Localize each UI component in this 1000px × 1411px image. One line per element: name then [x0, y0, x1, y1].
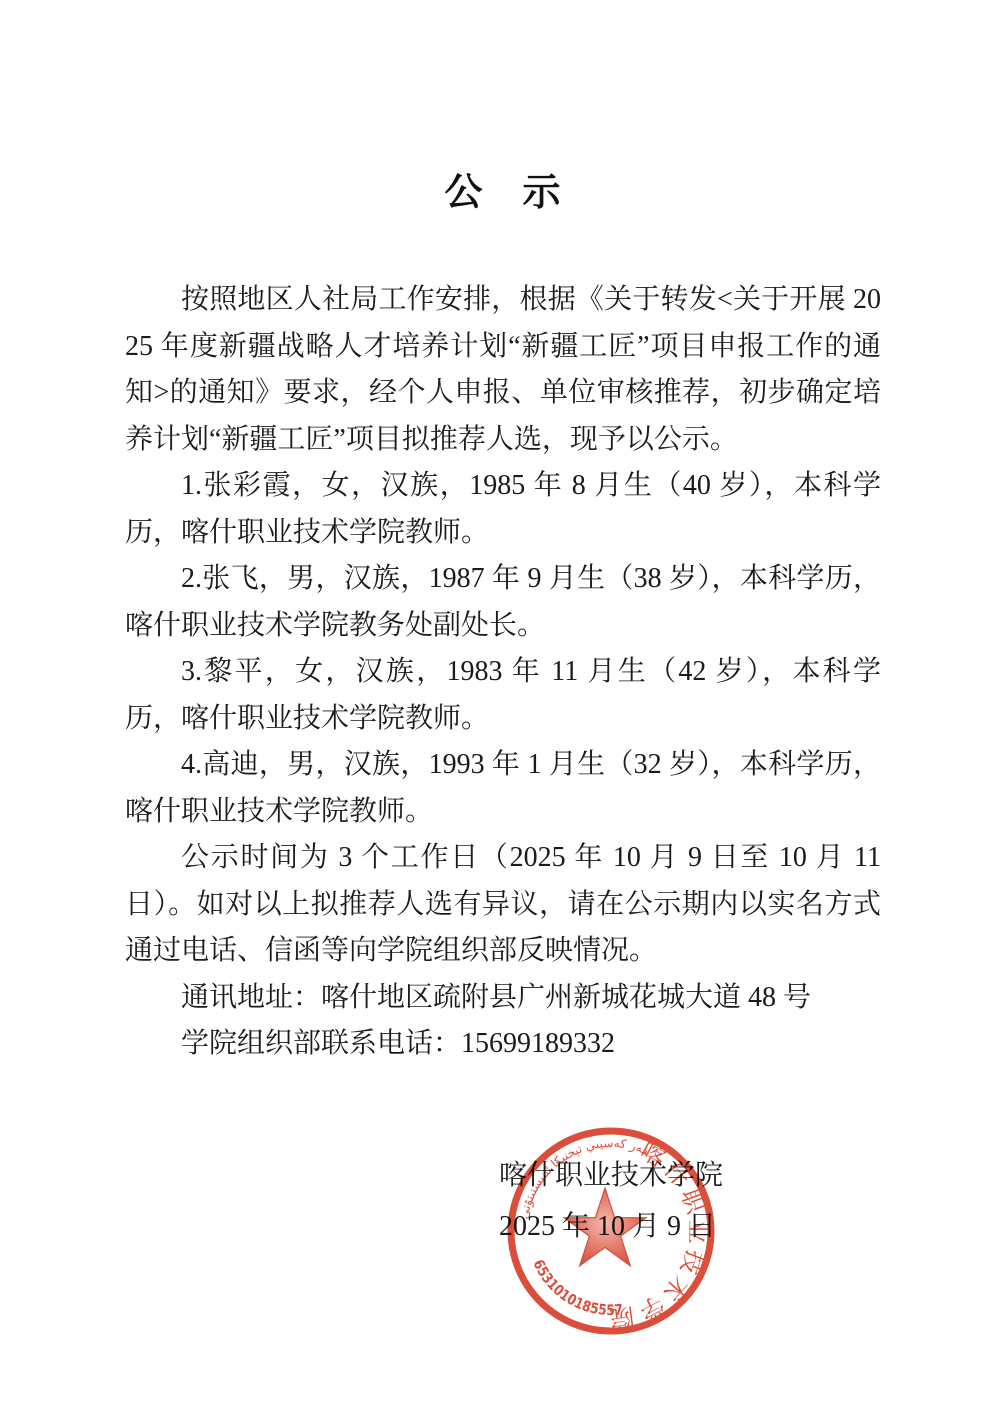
seal-serial-number: 6531010185557	[529, 1257, 624, 1319]
official-seal: 喀什职业技术学院 6531010185557 قەشقەر كەسپىي تېخ…	[502, 1122, 720, 1340]
recommendation-item-1: 1.张彩霞，女，汉族，1985 年 8 月生（40 岁），本科学历，喀什职业技术…	[125, 463, 881, 556]
announcement-document: 公 示 按照地区人社局工作安排，根据《关于转发<关于开展 2025 年度新疆战略…	[0, 0, 1000, 1411]
recommendation-item-3: 3.黎平，女，汉族，1983 年 11 月生（42 岁），本科学历，喀什职业技术…	[125, 649, 881, 742]
contact-phone-line: 学院组织部联系电话：15699189332	[125, 1021, 881, 1068]
page-title: 公 示	[125, 170, 881, 216]
svg-text:喀什职业技术学院: 喀什职业技术学院	[608, 1138, 711, 1332]
seal-star-icon	[564, 1188, 646, 1266]
contact-address-line: 通讯地址：喀什地区疏附县广州新城花城大道 48 号	[125, 975, 881, 1022]
seal-org-arc-text: 喀什职业技术学院	[608, 1138, 711, 1332]
body-paragraphs: 按照地区人社局工作安排，根据《关于转发<关于开展 2025 年度新疆战略人才培养…	[125, 277, 881, 1068]
recommendation-item-4: 4.高迪，男，汉族，1993 年 1 月生（32 岁），本科学历，喀什职业技术学…	[125, 742, 881, 835]
intro-paragraph: 按照地区人社局工作安排，根据《关于转发<关于开展 2025 年度新疆战略人才培养…	[125, 277, 881, 463]
recommendation-item-2: 2.张飞，男，汉族，1987 年 9 月生（38 岁），本科学历，喀什职业技术学…	[125, 556, 881, 649]
document-body: 公 示 按照地区人社局工作安排，根据《关于转发<关于开展 2025 年度新疆战略…	[125, 170, 881, 1068]
publicity-period-paragraph: 公示时间为 3 个工作日（2025 年 10 月 9 日至 10 月 11 日）…	[125, 835, 881, 975]
svg-text:6531010185557: 6531010185557	[529, 1257, 624, 1319]
